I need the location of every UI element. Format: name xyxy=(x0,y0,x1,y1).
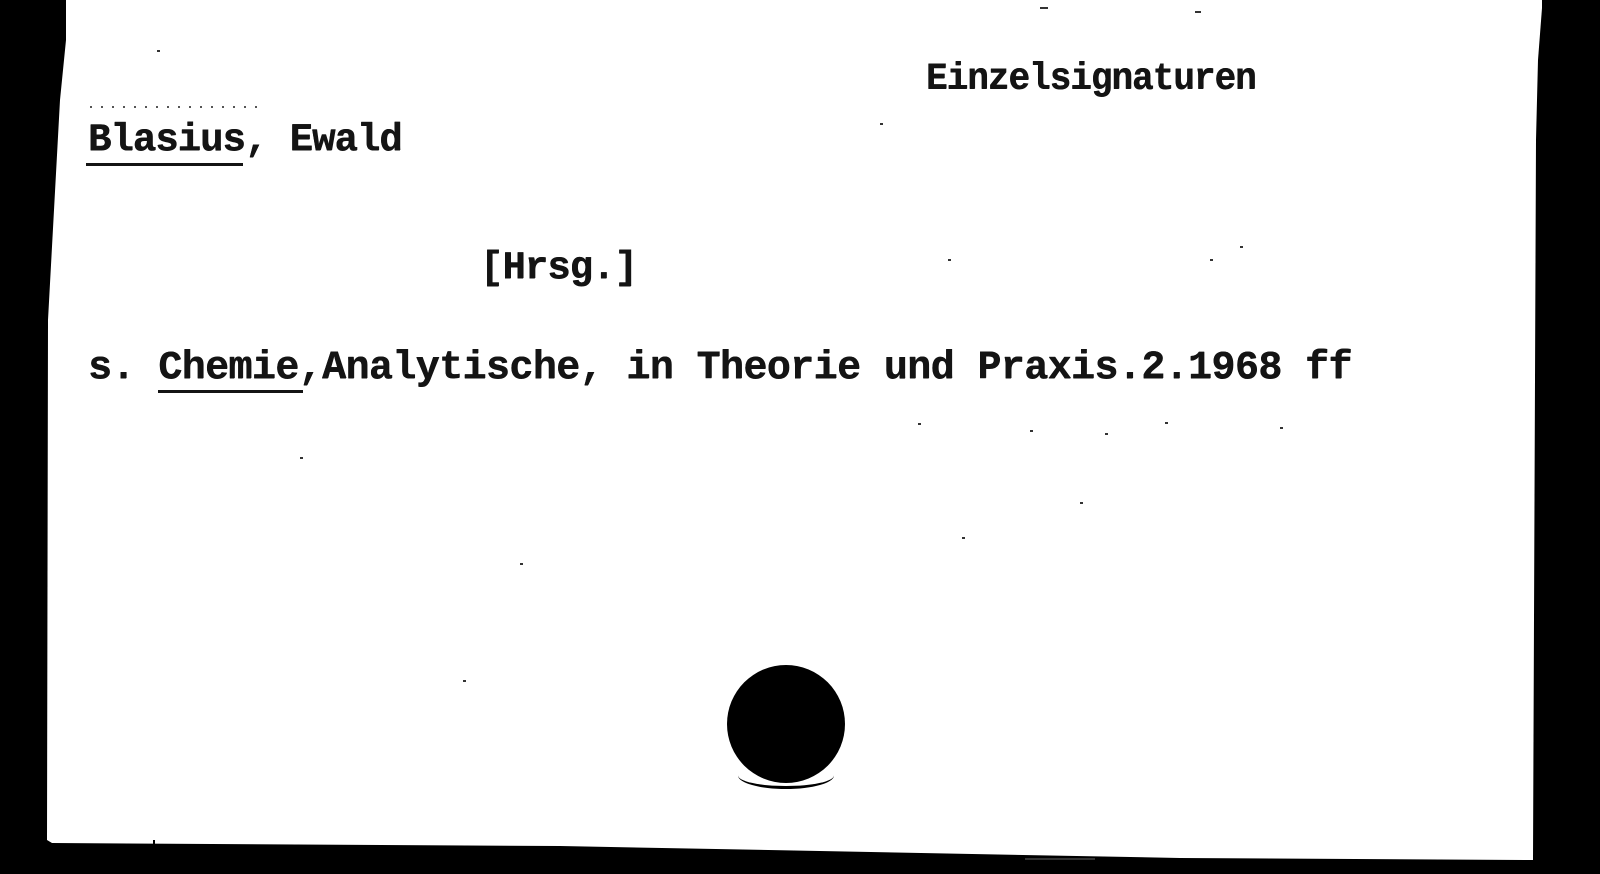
scan-speck xyxy=(1195,11,1201,13)
punch-hole-shadow xyxy=(738,762,834,789)
role-designation: [Hrsg.] xyxy=(480,246,637,290)
scan-speck xyxy=(1040,7,1048,9)
heading-spacer xyxy=(267,118,289,162)
scan-speck xyxy=(880,123,883,125)
scan-speck xyxy=(1240,246,1243,248)
scan-speck xyxy=(1210,259,1213,261)
reference-prefix: s. xyxy=(88,346,135,391)
heading-given-name: Ewald xyxy=(290,118,402,162)
scan-speck xyxy=(463,680,466,682)
edge-mark xyxy=(153,840,155,874)
heading-surname: Blasius xyxy=(88,118,245,162)
scan-speck xyxy=(962,537,965,539)
reference-title: ,Analytische, in Theorie und Praxis.2.19… xyxy=(299,346,1352,391)
scan-speck xyxy=(918,423,921,425)
scan-speck xyxy=(1280,427,1283,429)
heading-entry: Blasius, Ewald xyxy=(88,118,402,162)
scan-speck xyxy=(520,563,523,565)
scan-speck xyxy=(300,457,303,459)
scan-speck xyxy=(1080,502,1083,504)
scan-speck xyxy=(1025,858,1095,860)
scan-speck xyxy=(1105,433,1108,435)
scan-speck xyxy=(1030,430,1033,432)
edge-mark xyxy=(460,846,462,874)
heading-separator: , xyxy=(245,118,267,162)
scan-speck xyxy=(948,259,951,261)
reference-spacer xyxy=(135,346,158,391)
scan-speck xyxy=(157,50,160,52)
reference-subject: Chemie xyxy=(158,346,298,391)
scan-speck xyxy=(1165,422,1168,424)
category-label: Einzelsignaturen xyxy=(926,57,1256,100)
faint-dotted-line xyxy=(90,106,260,108)
see-reference: s. Chemie,Analytische, in Theorie und Pr… xyxy=(88,346,1352,391)
